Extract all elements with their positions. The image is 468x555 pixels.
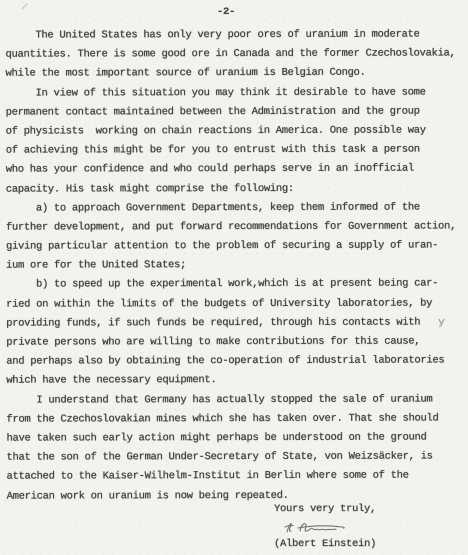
page-number: -2- [217, 6, 235, 18]
letter-page: -2- The United States has only very poor… [0, 0, 468, 555]
letter-line: ium ore for the United States; [6, 256, 466, 276]
letter-line: of physicists working on chain reactions… [6, 121, 466, 141]
letter-line: further development, and put forward rec… [6, 217, 466, 237]
letter-line: and perhaps also by obtaining the co-ope… [6, 352, 466, 372]
letter-line: b) to speed up the experimental work,whi… [6, 275, 466, 295]
letter-line: In view of this situation you may think … [6, 83, 466, 103]
letter-line: while the most important source of urani… [5, 64, 465, 84]
letter-line: providing funds, if such funds be requir… [6, 313, 466, 333]
letter-line-text: providing funds, if such funds be requir… [6, 316, 420, 329]
letter-line: that the son of the German Under-Secreta… [6, 448, 466, 468]
letter-line: capacity. His task might comprise the fo… [6, 179, 466, 199]
closing-block: Yours very truly, (Albert Einstein) [274, 502, 376, 552]
stray-ink-mark: y [438, 316, 444, 328]
letter-line: of achieving this might be for you to en… [6, 141, 466, 161]
letter-line: The United States has only very poor ore… [5, 25, 465, 45]
letter-line: a) to approach Government Departments, k… [6, 198, 466, 218]
letter-line: permanent contact maintained between the… [6, 102, 466, 122]
letter-line: I understand that Germany has actually s… [6, 390, 466, 410]
letter-line: private persons who are willing to make … [6, 332, 466, 352]
letter-line: American work on uranium is now being re… [7, 486, 467, 506]
letter-line: attached to the Kaiser-Wilhelm-Institut … [7, 467, 467, 487]
letter-line: from the Czechoslovakian mines which she… [6, 409, 466, 429]
letter-line: ried on within the limits of the budgets… [6, 294, 466, 314]
letter-line: giving particular attention to the probl… [6, 236, 466, 256]
letter-body: The United States has only very poor ore… [5, 25, 466, 506]
letter-line: who has your confidence and who could pe… [6, 160, 466, 180]
pencil-mark [21, 3, 28, 10]
letter-line: have taken such early action might perha… [6, 428, 466, 448]
letter-line: which have the necessary equipment. [6, 371, 466, 391]
einstein-signature [280, 518, 376, 536]
typed-signature: (Albert Einstein) [274, 537, 376, 552]
valediction: Yours very truly, [274, 502, 376, 517]
letter-line: quantities. There is some good ore in Ca… [5, 45, 465, 65]
